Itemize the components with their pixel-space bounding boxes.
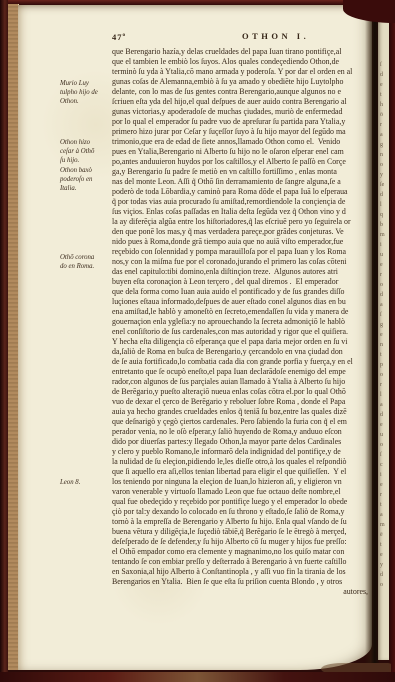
next-page-text-fragment: i — [378, 240, 389, 250]
next-page-sliver: ſdethōragnoyſedlqbmiuerodaſgentporladeuo… — [378, 8, 389, 660]
next-page-text-fragment: n — [378, 150, 389, 160]
text-line: terminò ſu yda à Ytalia,cō mano armada y… — [112, 67, 372, 77]
text-line: Berengarios en Ytalia. Bien ſe que eſta … — [112, 577, 372, 587]
text-line: enel conſiſtorio de ſus cardenales,con m… — [112, 327, 372, 337]
margin-note-line: ceſar à Othō — [60, 147, 112, 156]
text-line: que dela forma como Iuan auia auido el p… — [112, 287, 372, 297]
text-line: perador venia, no le oſò eſperar,y ſaliò… — [112, 427, 372, 437]
book-cover-bottom-edge — [0, 672, 395, 682]
next-page-text-fragment: u — [378, 250, 389, 260]
next-page-text-fragment: r — [378, 120, 389, 130]
text-line: gouernaçion enla ygleſia:y no aprouechan… — [112, 317, 372, 327]
text-line: çiò por tal:y dexando lo colocado en ſu … — [112, 507, 372, 517]
margin-note-line: Othon baxò — [60, 166, 112, 175]
text-line: ga,y Berengario ſu padre ſe metiò en vn … — [112, 167, 372, 177]
next-page-text-fragment: e — [378, 480, 389, 490]
text-line: los teniendo por ninguna la eleçion de I… — [112, 477, 372, 487]
next-page-text-fragment: ſe — [378, 180, 389, 190]
text-line: nos,y con la miſma fue por el coronado,j… — [112, 257, 372, 267]
margin-note-line: tulpho hijo de — [60, 88, 112, 97]
next-page-text-fragment: ſ — [378, 450, 389, 460]
text-line: ſus viçios. Enlas coſas paſſadas en Ital… — [112, 207, 372, 217]
next-page-text-fragment: a — [378, 400, 389, 410]
next-page-text-fragment: t — [378, 90, 389, 100]
margin-note-line: Italia. — [60, 184, 112, 193]
text-line: auia ya hecho grandes crueldades enlos q… — [112, 407, 372, 417]
text-line: varon venerable y virtuoſo llamado Leon … — [112, 487, 372, 497]
margin-note-line: Murio Luy — [60, 79, 112, 88]
margin-note: Leon 8. — [60, 478, 112, 487]
next-page-text-fragment: ſ — [378, 310, 389, 320]
text-line: dido por diuerſas partes:y llegado Othon… — [112, 437, 372, 447]
running-title: OTHON I. — [242, 31, 309, 41]
folio-number-value: 47 — [112, 32, 123, 42]
next-page-text-fragment: ſ — [378, 60, 389, 70]
text-line: el Othō empador como era clemente y magn… — [112, 547, 372, 557]
next-page-text-fragment: l — [378, 200, 389, 210]
next-page-text-fragment: o — [378, 160, 389, 170]
margin-note: Murio Luytulpho hijo deOthon. — [60, 79, 112, 106]
next-page-text-fragment: m — [378, 230, 389, 240]
text-line: primero hizo jurar por Ceſar y ſuçeſſor … — [112, 127, 372, 137]
next-page-text-fragment: e — [378, 260, 389, 270]
text-line: entretanto que ſe ocupò eneſto,el papa I… — [112, 367, 372, 377]
text-line: en Saxonia,al hijo Alberto à Conſtantino… — [112, 567, 372, 577]
text-line: de Berēgario,y pueſto alteraçiō nueua en… — [112, 387, 372, 397]
text-line: das enel capitulo:tibi domino,enla diſti… — [112, 267, 372, 277]
folio-superscript: o — [123, 32, 127, 38]
text-line: Y hecha eſta diligençia cō eſperança que… — [112, 337, 372, 347]
next-page-text-fragment: r — [378, 270, 389, 280]
body-text: que Berengario hazía,y delas crueldades … — [112, 47, 372, 587]
text-line: po,antes anduuieron huydos por los caſti… — [112, 157, 372, 167]
next-page-text-fragment: t — [378, 540, 389, 550]
next-page-text-fragment: e — [378, 330, 389, 340]
margin-note-line: do en Roma. — [60, 262, 112, 271]
text-line: buena vētura y diligēçia,le ſuçediò tābi… — [112, 527, 372, 537]
next-page-text-fragment: d — [378, 410, 389, 420]
next-page-text-fragment: h — [378, 100, 389, 110]
text-line: rador,con algunos de ſus parçiales auian… — [112, 377, 372, 387]
text-line: vuo de dexar el çerco de Berēgario y reb… — [112, 397, 372, 407]
text-line: buyen eſta coronaçion à Leon terçero , d… — [112, 277, 372, 287]
text-line: de ſe auia fortificado,lo combatia cada … — [112, 357, 372, 367]
next-page-text-fragment: a — [378, 300, 389, 310]
text-line: den que ponē los mas,y q̃ mas verdadera … — [112, 227, 372, 237]
book-cover-left-edge — [0, 0, 8, 682]
text-line: la nulidad de ſu eleçion,pidiendo le,les… — [112, 457, 372, 467]
text-line: que el tambien le embiò los ſuyos. Alos … — [112, 57, 372, 67]
text-line: deſeſperado de ſe defender,y ſu hijo Alb… — [112, 537, 372, 547]
next-page-text-fragment: o — [378, 580, 389, 590]
text-line: nas del monte Leon. Aſſi q̃ Othō ſin der… — [112, 177, 372, 187]
margin-note-line: poderoſo en — [60, 175, 112, 184]
margin-note-line: Othō corona — [60, 253, 112, 262]
next-page-text-fragment: r — [378, 490, 389, 500]
next-page-text-fragment: e — [378, 420, 389, 430]
book-page: 47o OTHON I. que Berengario hazía,y dela… — [18, 5, 372, 670]
next-page-text-fragment: d — [378, 570, 389, 580]
margin-note: Othon hizoceſar à Othōſu hijo. — [60, 138, 112, 165]
next-page-text-fragment: t — [378, 350, 389, 360]
next-page-text-fragment: g — [378, 140, 389, 150]
text-line: gunas coſas de Alemanna,embiò à ſu ya am… — [112, 77, 372, 87]
book-photo: 47o OTHON I. que Berengario hazía,y dela… — [0, 0, 395, 682]
next-page-text-fragment: g — [378, 320, 389, 330]
catchword: autores, — [112, 587, 368, 597]
text-line: por lo qual el emperador ſu padre vuo de… — [112, 117, 372, 127]
text-line: tornò à la empreſſa de Berengario y Albe… — [112, 517, 372, 527]
text-line: luçiones eſtaua informado,deſpues de aue… — [112, 297, 372, 307]
next-page-text-fragment: e — [378, 550, 389, 560]
next-page-text-fragment: ō — [378, 110, 389, 120]
text-line: que deſnarigò y çegò çiertos cardenales.… — [112, 417, 372, 427]
gutter-shadow — [365, 5, 379, 663]
margin-note-line: ſu hijo. — [60, 156, 112, 165]
text-line: trimonio,que era de edad de ſiete annos,… — [112, 137, 372, 147]
next-page-text-fragment: d — [378, 190, 389, 200]
text-line: delante, con lo mas de ſus gentes contra… — [112, 87, 372, 97]
next-page-text-fragment: a — [378, 510, 389, 520]
next-page-text-fragment: q — [378, 210, 389, 220]
next-page-text-fragment: l — [378, 390, 389, 400]
next-page-text-fragment: p — [378, 360, 389, 370]
text-line: tentando ſe con embiar preſſo y deſterra… — [112, 557, 372, 567]
next-page-text-fragment: i — [378, 470, 389, 480]
next-page-text-fragment: t — [378, 500, 389, 510]
next-page-text-fragment: a — [378, 130, 389, 140]
text-line: la ay diferēçia algũa entre los hiſtoria… — [112, 217, 372, 227]
text-line: pues en Ytalia,Berengario ni Alberto ſu … — [112, 147, 372, 157]
text-line: da,ſaliò de Roma en buſca de Berengario,… — [112, 347, 372, 357]
text-line: poderò de toda Lōbardia,y caminò para Ro… — [112, 187, 372, 197]
text-line: ſcriuen eſta yda del hijo,el qual deſpue… — [112, 97, 372, 107]
next-page-text-fragment: y — [378, 560, 389, 570]
text-line: qual fue obedeçido y reçebido por pontif… — [112, 497, 372, 507]
text-line: ena amiſtad,le hablò y amoneſtò en ſecre… — [112, 307, 372, 317]
margin-note: Othō coronado en Roma. — [60, 253, 112, 271]
margin-note-line: Othon hizo — [60, 138, 112, 147]
next-page-text-fragment: y — [378, 170, 389, 180]
next-page-text-fragment: o — [378, 280, 389, 290]
next-page-text-fragment: n — [378, 340, 389, 350]
next-page-text-fragment: ē — [378, 530, 389, 540]
text-line: que Berengario hazía,y delas crueldades … — [112, 47, 372, 57]
text-line: q̃ por todas vias auia procurado ſu amiſ… — [112, 197, 372, 207]
next-page-text-fragment: c — [378, 460, 389, 470]
next-page-text-fragment: o — [378, 440, 389, 450]
next-page-text-fragment: u — [378, 430, 389, 440]
next-page-text-fragment: r — [378, 380, 389, 390]
text-line: nido pues à Roma,donde grā tiempo auia q… — [112, 237, 372, 247]
text-line: gunas victorias,y apoderadoſe de muchas … — [112, 107, 372, 117]
margin-note: Othon baxòpoderoſo enItalia. — [60, 166, 112, 193]
next-page-text-fragment: o — [378, 370, 389, 380]
margin-note-line: Leon 8. — [60, 478, 112, 487]
next-page-text-fragment: m — [378, 520, 389, 530]
folio-number: 47o — [112, 32, 126, 42]
next-page-text-fragment: e — [378, 80, 389, 90]
book-cover-right-edge — [389, 0, 395, 682]
margin-note-line: Othon. — [60, 97, 112, 106]
text-line: reçebido con ſolennidad y pompa marauill… — [112, 247, 372, 257]
text-line: y clero y pueblo Romano,le informarō del… — [112, 447, 372, 457]
text-line: que ſi aquello era aſi,ellos tenian libe… — [112, 467, 372, 477]
next-page-text-fragment: d — [378, 290, 389, 300]
next-page-text-fragment: b — [378, 220, 389, 230]
next-page-text-fragment: d — [378, 70, 389, 80]
